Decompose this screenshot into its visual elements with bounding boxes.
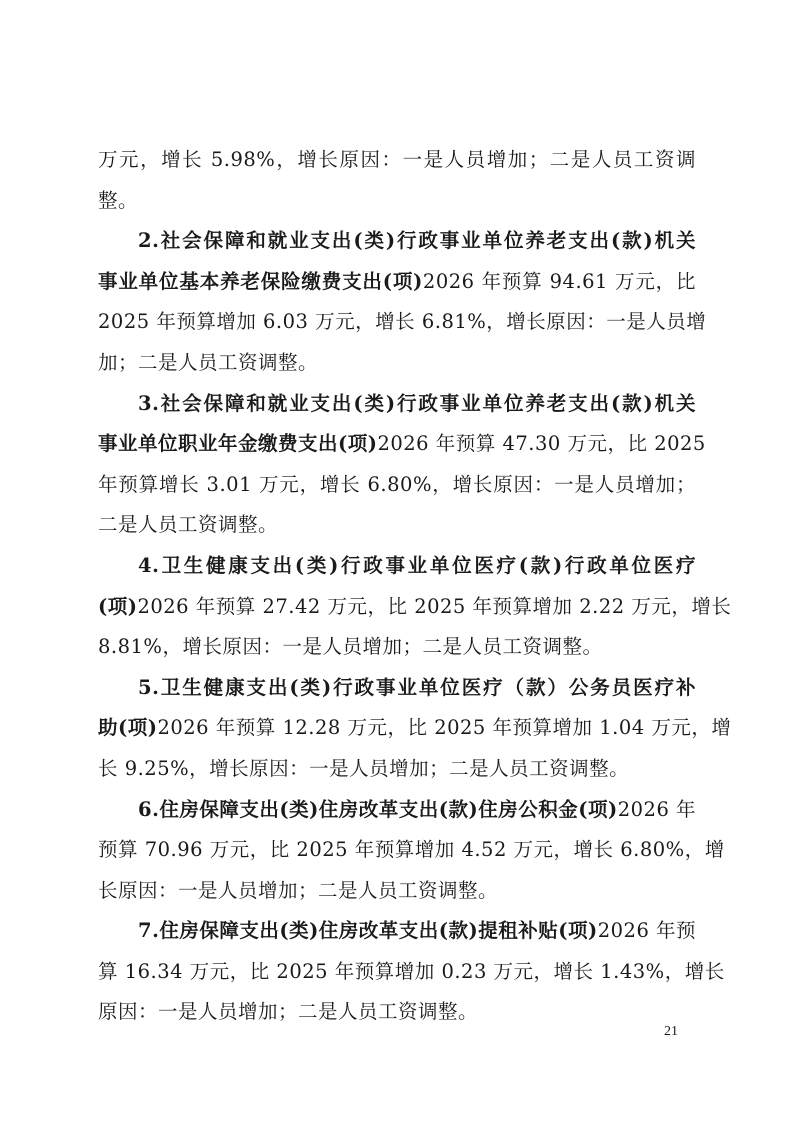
text-line: 2025 年预算增加 6.03 万元，增长 6.81%，增长原因：一是人员增 bbox=[98, 302, 696, 343]
body-text: 加；二是人员工资调整。 bbox=[98, 351, 318, 374]
body-text: 原因：一是人员增加；二是人员工资调整。 bbox=[98, 1000, 478, 1023]
body-text: 预算 70.96 万元，比 2025 年预算增加 4.52 万元，增长 6.80… bbox=[98, 838, 725, 861]
text-line: 事业单位基本养老保险缴费支出(项)2026 年预算 94.61 万元，比 bbox=[98, 262, 696, 303]
text-line: 二是人员工资调整。 bbox=[98, 505, 696, 546]
text-line: 算 16.34 万元，比 2025 年预算增加 0.23 万元，增长 1.43%… bbox=[98, 952, 696, 993]
paragraph: 4.卫生健康支出(类)行政事业单位医疗(款)行政单位医疗(项)2026 年预算 … bbox=[98, 546, 696, 668]
body-text: 整。 bbox=[98, 189, 138, 212]
body-text: 8.81%，增长原因：一是人员增加；二是人员工资调整。 bbox=[98, 635, 602, 658]
paragraph: 3.社会保障和就业支出(类)行政事业单位养老支出(款)机关事业单位职业年金缴费支… bbox=[98, 384, 696, 546]
text-line: 长原因：一是人员增加；二是人员工资调整。 bbox=[98, 871, 696, 912]
text-line: 6.住房保障支出(类)住房改革支出(款)住房公积金(项)2026 年 bbox=[98, 790, 696, 831]
page-number: 21 bbox=[664, 1024, 678, 1040]
body-text: 2026 年 bbox=[618, 798, 696, 821]
item-heading: 6.住房保障支出(类)住房改革支出(款)住房公积金(项) bbox=[138, 798, 618, 821]
item-heading: 5.卫生健康支出(类)行政事业单位医疗（款）公务员医疗补 bbox=[138, 676, 696, 699]
text-line: 事业单位职业年金缴费支出(项)2026 年预算 47.30 万元，比 2025 bbox=[98, 424, 696, 465]
text-line: 助(项)2026 年预算 12.28 万元，比 2025 年预算增加 1.04 … bbox=[98, 708, 696, 749]
document-body: 万元，增长 5.98%，增长原因：一是人员增加；二是人员工资调整。2.社会保障和… bbox=[98, 140, 696, 1033]
body-text: 长 9.25%，增长原因：一是人员增加；二是人员工资调整。 bbox=[98, 757, 629, 780]
paragraph: 2.社会保障和就业支出(类)行政事业单位养老支出(款)机关事业单位基本养老保险缴… bbox=[98, 221, 696, 383]
text-line: 2.社会保障和就业支出(类)行政事业单位养老支出(款)机关 bbox=[98, 221, 696, 262]
text-line: 7.住房保障支出(类)住房改革支出(款)提租补贴(项)2026 年预 bbox=[98, 911, 696, 952]
text-line: 加；二是人员工资调整。 bbox=[98, 343, 696, 384]
item-heading: 2.社会保障和就业支出(类)行政事业单位养老支出(款)机关 bbox=[138, 229, 696, 252]
paragraph: 6.住房保障支出(类)住房改革支出(款)住房公积金(项)2026 年预算 70.… bbox=[98, 790, 696, 912]
body-text: 2026 年预算 12.28 万元，比 2025 年预算增加 1.04 万元，增 bbox=[157, 716, 731, 739]
text-line: 万元，增长 5.98%，增长原因：一是人员增加；二是人员工资调 bbox=[98, 140, 696, 181]
text-line: (项)2026 年预算 27.42 万元，比 2025 年预算增加 2.22 万… bbox=[98, 587, 696, 628]
item-heading: 3.社会保障和就业支出(类)行政事业单位养老支出(款)机关 bbox=[138, 392, 696, 415]
paragraph: 5.卫生健康支出(类)行政事业单位医疗（款）公务员医疗补助(项)2026 年预算… bbox=[98, 668, 696, 790]
body-text: 2025 年预算增加 6.03 万元，增长 6.81%，增长原因：一是人员增 bbox=[98, 310, 706, 333]
text-line: 8.81%，增长原因：一是人员增加；二是人员工资调整。 bbox=[98, 627, 696, 668]
text-line: 原因：一是人员增加；二是人员工资调整。 bbox=[98, 992, 696, 1033]
text-line: 5.卫生健康支出(类)行政事业单位医疗（款）公务员医疗补 bbox=[98, 668, 696, 709]
paragraph: 万元，增长 5.98%，增长原因：一是人员增加；二是人员工资调整。 bbox=[98, 140, 696, 221]
body-text: 二是人员工资调整。 bbox=[98, 513, 278, 536]
item-heading: 7.住房保障支出(类)住房改革支出(款)提租补贴(项) bbox=[138, 919, 598, 942]
item-heading: 事业单位基本养老保险缴费支出(项) bbox=[98, 270, 423, 293]
item-heading: (项) bbox=[98, 595, 137, 618]
body-text: 2026 年预算 94.61 万元，比 bbox=[423, 270, 696, 293]
body-text: 2026 年预算 27.42 万元，比 2025 年预算增加 2.22 万元，增… bbox=[137, 595, 731, 618]
body-text: 年预算增长 3.01 万元，增长 6.80%，增长原因：一是人员增加； bbox=[98, 473, 696, 496]
text-line: 年预算增长 3.01 万元，增长 6.80%，增长原因：一是人员增加； bbox=[98, 465, 696, 506]
body-text: 万元，增长 5.98%，增长原因：一是人员增加；二是人员工资调 bbox=[98, 148, 696, 171]
text-line: 预算 70.96 万元，比 2025 年预算增加 4.52 万元，增长 6.80… bbox=[98, 830, 696, 871]
body-text: 2026 年预 bbox=[598, 919, 696, 942]
body-text: 长原因：一是人员增加；二是人员工资调整。 bbox=[98, 879, 498, 902]
item-heading: 助(项) bbox=[98, 716, 157, 739]
text-line: 长 9.25%，增长原因：一是人员增加；二是人员工资调整。 bbox=[98, 749, 696, 790]
item-heading: 4.卫生健康支出(类)行政事业单位医疗(款)行政单位医疗 bbox=[138, 554, 696, 577]
item-heading: 事业单位职业年金缴费支出(项) bbox=[98, 432, 377, 455]
paragraph: 7.住房保障支出(类)住房改革支出(款)提租补贴(项)2026 年预算 16.3… bbox=[98, 911, 696, 1033]
text-line: 4.卫生健康支出(类)行政事业单位医疗(款)行政单位医疗 bbox=[98, 546, 696, 587]
text-line: 3.社会保障和就业支出(类)行政事业单位养老支出(款)机关 bbox=[98, 384, 696, 425]
body-text: 算 16.34 万元，比 2025 年预算增加 0.23 万元，增长 1.43%… bbox=[98, 960, 725, 983]
body-text: 2026 年预算 47.30 万元，比 2025 bbox=[377, 432, 705, 455]
text-line: 整。 bbox=[98, 181, 696, 222]
